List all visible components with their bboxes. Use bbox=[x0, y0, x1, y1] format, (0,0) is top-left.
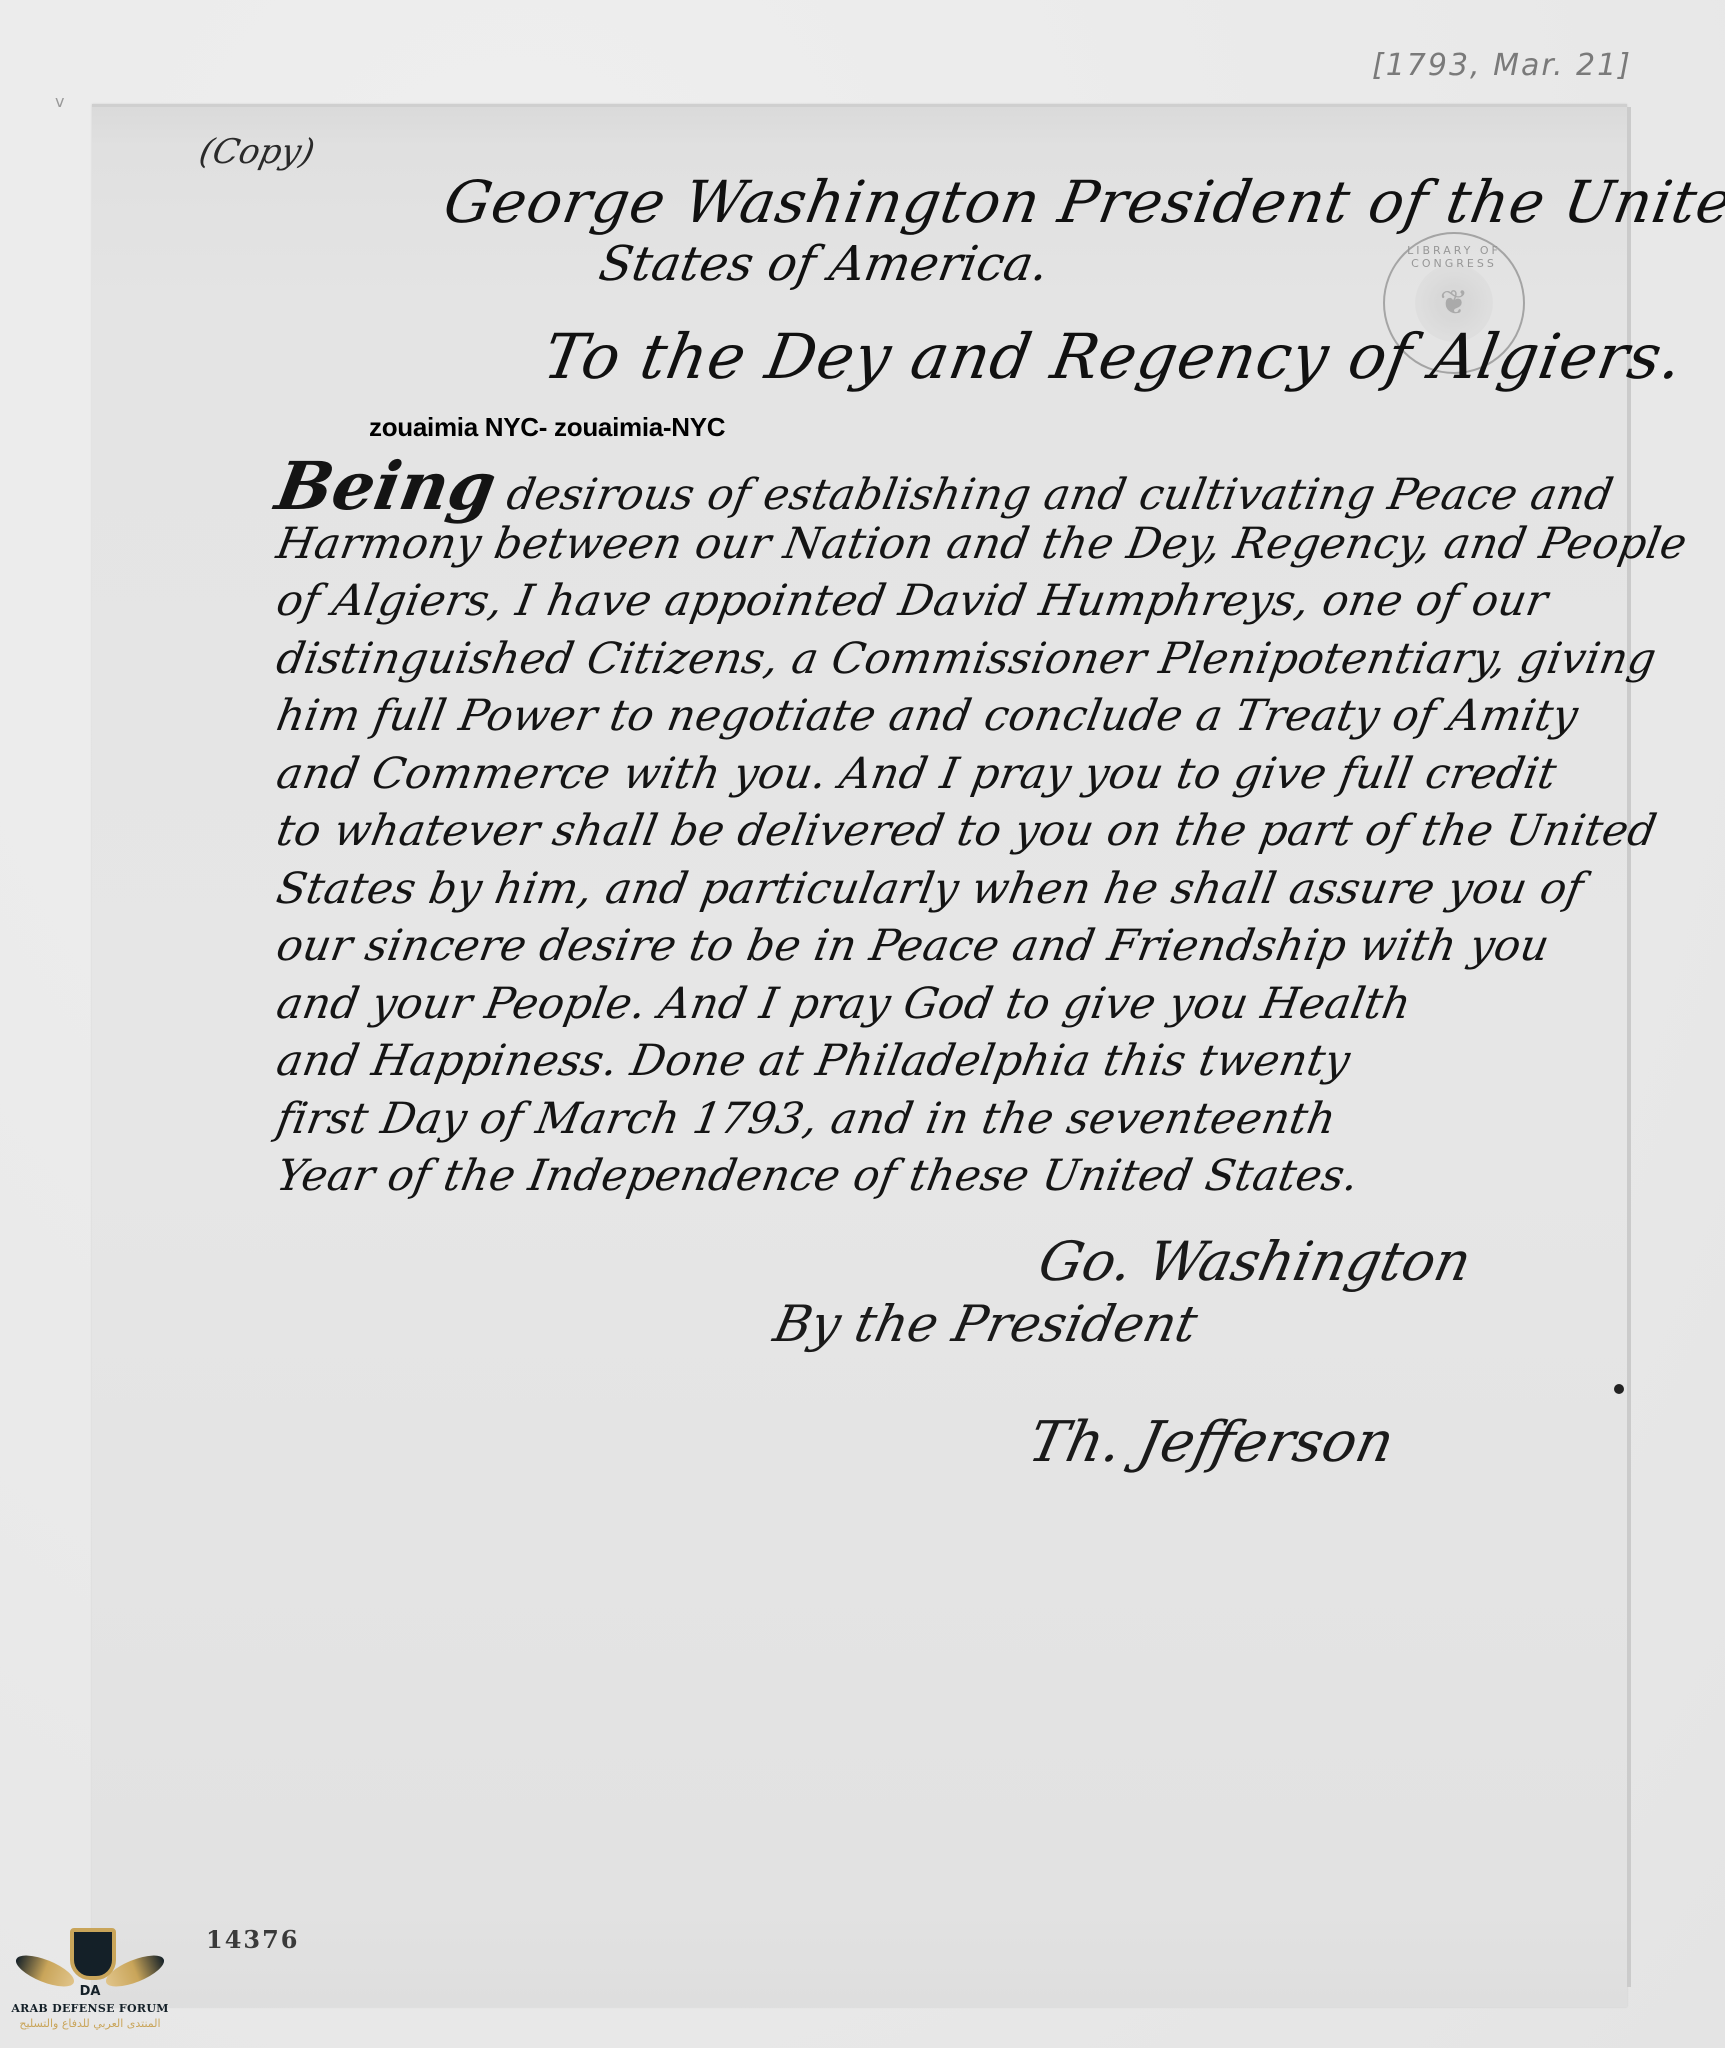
logo-name-arabic: المنتدى العربي للدفاع والتسليح bbox=[10, 2017, 170, 2030]
body-line-9: our sincere desire to be in Peace and Fr… bbox=[272, 918, 1622, 976]
jefferson-signature: Th. Jefferson bbox=[1023, 1410, 1400, 1475]
body-line-8: States by him, and particularly when he … bbox=[272, 861, 1622, 919]
stamp-text: LIBRARY OF CONGRESS bbox=[1385, 244, 1523, 270]
copy-note: (Copy) bbox=[196, 132, 319, 172]
archive-page-number: 14376 bbox=[206, 1925, 300, 1954]
logo-abbreviation: DA bbox=[10, 1984, 170, 1999]
body-line-13: Year of the Independence of these United… bbox=[272, 1148, 1622, 1206]
body-line-4: distinguished Citizens, a Commissioner P… bbox=[272, 631, 1622, 689]
body-line-11: and Happiness. Done at Philadelphia this… bbox=[272, 1033, 1622, 1091]
body-line-10: and your People. And I pray God to give … bbox=[272, 976, 1622, 1034]
body-line-6: and Commerce with you. And I pray you to… bbox=[272, 746, 1622, 804]
by-the-president-note: By the President bbox=[769, 1295, 1203, 1353]
body-first-word: Being bbox=[270, 447, 502, 525]
addressee-heading: To the Dey and Regency of Algiers. bbox=[539, 320, 1689, 393]
body-line-text: desirous of establishing and cultivating… bbox=[503, 470, 1617, 520]
salutation-line-1: George Washington President of the Unite… bbox=[439, 168, 1725, 236]
letter-body: Being desirous of establishing and culti… bbox=[272, 458, 1612, 1206]
watermark-text: zouaimia NYC- zouaimia-NYC bbox=[369, 412, 725, 443]
body-line-2: Harmony between our Nation and the Dey, … bbox=[272, 516, 1622, 574]
corner-mark: v bbox=[55, 92, 64, 111]
salutation-line-2: States of America. bbox=[595, 236, 1053, 292]
body-line-1: Being desirous of establishing and culti… bbox=[272, 458, 1622, 516]
washington-signature: Go. Washington bbox=[1033, 1230, 1477, 1293]
logo-name-english: ARAB DEFENSE FORUM bbox=[10, 2002, 170, 2015]
arab-defense-forum-logo: DA ARAB DEFENSE FORUM المنتدى العربي للد… bbox=[10, 1920, 170, 2045]
ink-spot bbox=[1614, 1384, 1624, 1394]
body-line-3: of Algiers, I have appointed David Humph… bbox=[272, 573, 1622, 631]
shield-icon bbox=[70, 1928, 116, 1980]
shield-wings-icon: DA bbox=[10, 1920, 170, 2002]
body-line-7: to whatever shall be delivered to you on… bbox=[272, 803, 1622, 861]
archive-date-reference: [1793, Mar. 21] bbox=[1372, 48, 1632, 83]
body-line-12: first Day of March 1793, and in the seve… bbox=[272, 1091, 1622, 1149]
body-line-5: him full Power to negotiate and conclude… bbox=[272, 688, 1622, 746]
